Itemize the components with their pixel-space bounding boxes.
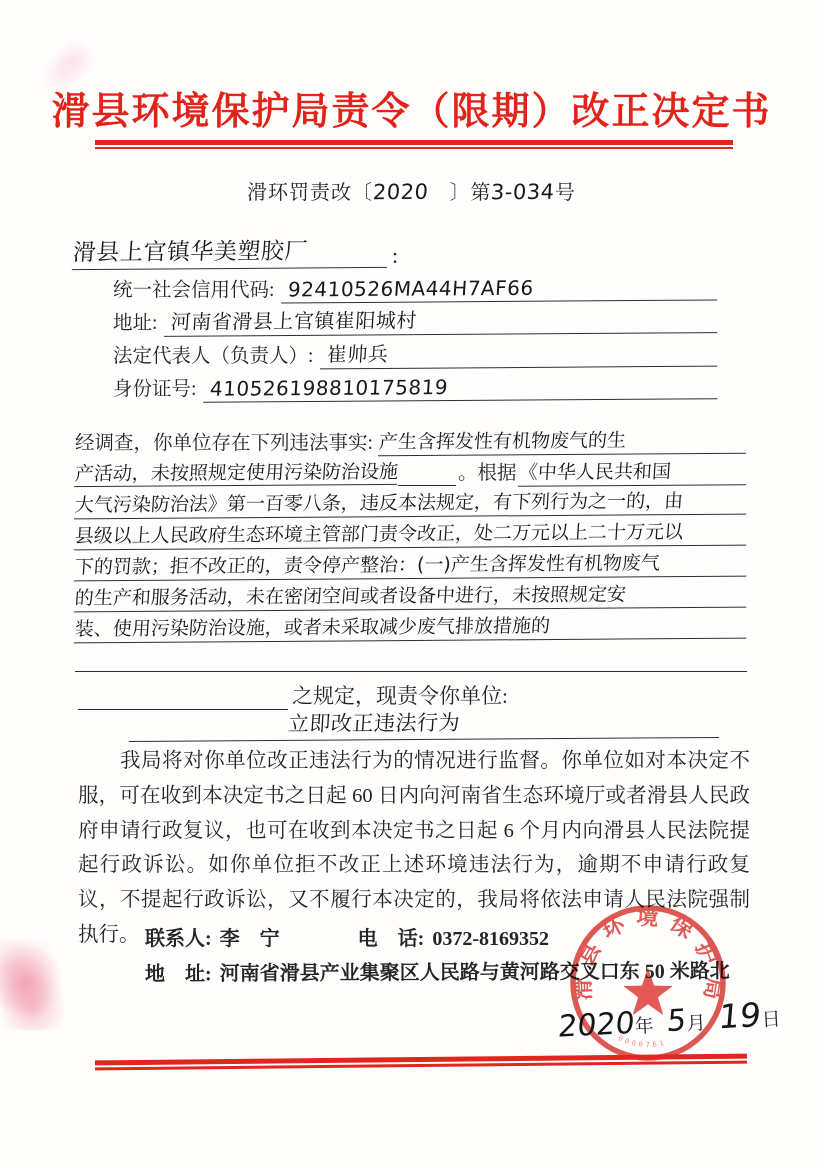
doc-number-year: 2020	[372, 180, 429, 204]
order-line: 立即改正违法行为	[130, 712, 720, 740]
violation-facts-section: 经调查，你单位存在下列违法事实: 产生含挥发性有机物废气的生 产活动，未按照规定…	[75, 424, 747, 672]
recipient-name: 滑县上官镇华美塑胶厂	[72, 232, 389, 270]
header-rule-thin	[95, 147, 733, 149]
field-row-id-number: 身份证号: 410526198810175819	[113, 371, 718, 401]
date-day-handwriting: 19	[718, 995, 763, 1036]
facts-printed-genju: 。根据	[456, 457, 519, 486]
field-row-address: 地址: 河南省滑县上官镇崔阳城村	[113, 305, 718, 335]
facts-handwriting: 县级以上人民政府生态环境主管部门责令改正，处二万元以上二十万元以	[74, 517, 748, 551]
facts-line-7: 装、使用污染防治设施，或者未采取减少废气排放措施的	[75, 610, 747, 641]
field-label: 统一社会信用代码:	[113, 274, 282, 302]
decision-document-page: 滑县环境保护局责令（限期）改正决定书 滑环罚责改〔2020 〕第3-034号 滑…	[0, 0, 823, 1162]
facts-line-4: 县级以上人民政府生态环境主管部门责令改正，处二万元以上二十万元以	[75, 517, 747, 548]
contact-person-group: 联系人:李 宁	[145, 922, 280, 951]
doc-number-mid: 〕第	[428, 182, 491, 204]
field-value: 崔帅兵	[320, 336, 719, 370]
date-day-label: 日	[761, 1009, 781, 1031]
blank-underline	[398, 485, 456, 486]
field-label: 地址:	[113, 307, 165, 335]
facts-handwriting: 下的罚款；拒不改正的，责令停产整治：(一)产生含挥发性有机物废气	[74, 548, 748, 582]
facts-handwriting: 产生含挥发性有机物废气的生	[378, 425, 748, 457]
facts-intro-label: 经调查，你单位存在下列违法事实:	[75, 427, 379, 455]
ink-speckle	[40, 18, 110, 88]
field-row-credit-code: 统一社会信用代码: 92410526MA44H7AF66	[113, 272, 718, 302]
contact-phone-group: 电 话:0372-8169352	[358, 922, 549, 951]
doc-number-suffix: 号	[555, 182, 576, 204]
date-month-label: 月	[686, 1013, 706, 1035]
facts-handwriting: 的生产和服务活动，未在密闭空间或者设备中进行，未按照规定安	[74, 579, 748, 613]
facts-line-3: 大气污染防治法》第一百零八条，违反本法规定，有下列行为之一的，由	[75, 486, 747, 517]
order-handwriting: 立即改正违法行为	[129, 705, 721, 742]
contact-person-label: 联系人:	[145, 928, 212, 950]
facts-handwriting: 产活动，未按照规定使用污染防治设施	[74, 457, 399, 487]
provision-label: 之规定，现责令你单位:	[288, 680, 508, 710]
doc-number-prefix: 滑环罚责改〔	[247, 182, 373, 204]
facts-handwriting: 大气污染防治法》第一百零八条，违反本法规定，有下列行为之一的，由	[74, 486, 748, 520]
facts-line-1: 经调查，你单位存在下列违法事实: 产生含挥发性有机物废气的生	[75, 424, 747, 455]
contact-address-label: 地 址:	[145, 963, 212, 985]
contact-phone-label: 电 话:	[358, 928, 425, 950]
doc-number-serial: 3-034	[491, 180, 556, 204]
facts-line-6: 的生产和服务活动，未在密闭空间或者设备中进行，未按照规定安	[75, 579, 747, 610]
blank-underline	[75, 670, 747, 672]
contact-person: 李 宁	[212, 928, 280, 950]
contact-row-person-phone: 联系人:李 宁 电 话:0372-8169352	[145, 922, 549, 951]
date-year-handwriting: 2020	[557, 1006, 636, 1045]
header-rule	[95, 140, 733, 149]
facts-line-5: 下的罚款；拒不改正的，责令停产整治：(一)产生含挥发性有机物废气	[75, 548, 747, 579]
document-number: 滑环罚责改〔2020 〕第3-034号	[0, 176, 823, 205]
field-value: 410526198810175819	[203, 373, 718, 403]
field-label: 法定代表人（负责人）:	[113, 340, 321, 368]
field-label: 身份证号:	[113, 373, 204, 401]
facts-handwriting: 装、使用污染防治设施，或者未采取减少废气排放措施的	[74, 610, 748, 644]
date-year-label: 年	[634, 1016, 654, 1038]
ink-smudge	[0, 940, 64, 1030]
document-title: 滑县环境保护局责令（限期）改正决定书	[0, 80, 823, 135]
date-month-handwriting: 5	[666, 1003, 688, 1039]
recipient-colon: :	[388, 243, 398, 269]
field-value: 92410526MA44H7AF66	[282, 274, 719, 303]
facts-line-2: 产活动，未按照规定使用污染防治设施 。根据 《中华人民共和国	[75, 455, 747, 486]
contact-phone: 0372-8169352	[424, 928, 549, 950]
facts-line-8-empty	[75, 641, 747, 672]
field-value: 河南省滑县上官镇崔阳城村	[164, 302, 719, 337]
facts-handwriting: 《中华人民共和国	[518, 456, 748, 487]
recipient-line: 滑县上官镇华美塑胶厂 :	[73, 233, 398, 269]
field-row-legal-representative: 法定代表人（负责人）: 崔帅兵	[113, 338, 718, 368]
